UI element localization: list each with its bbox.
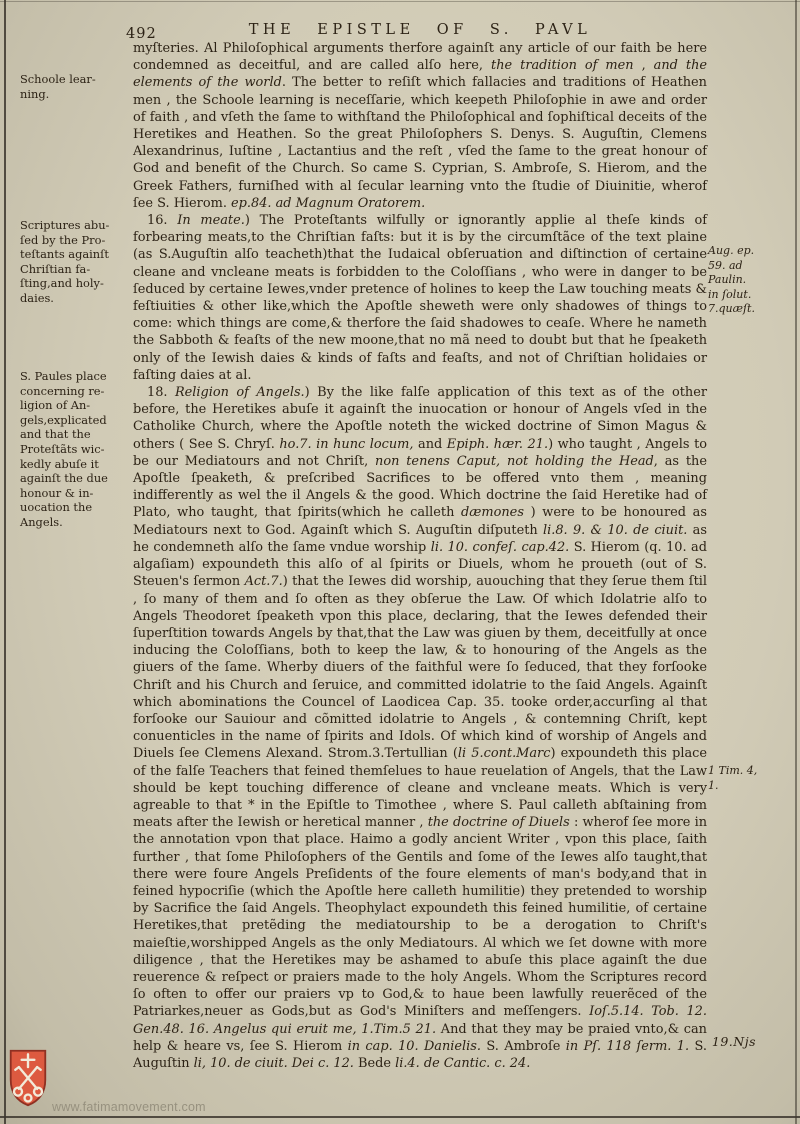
margin-note-augustine-citation: Aug. ep. 59. ad Paulin. in ſolut. 7.quæſ… [708, 244, 796, 317]
running-title: THE EPISTLE OF S. PAVL [133, 22, 707, 38]
scan-edge-top [0, 1, 800, 2]
margin-note-timothy-citation: 1 Tim. 4, 1. [708, 764, 796, 793]
paragraph-annotation-16: 16. In meate.) The Proteſtants wilfully … [133, 212, 707, 384]
annotations-body: myſteries. Al Philoſophical arguments th… [133, 40, 707, 1072]
fatimamovement-watermark: www.fatimamovement.com [8, 1048, 268, 1118]
margin-note-schoole-learning: Schoole lear- ning. [20, 72, 132, 101]
book-page-scan: 492 THE EPISTLE OF S. PAVL Schoole lear-… [0, 0, 800, 1124]
margin-note-scriptures-abused: Scriptures abu- ſed by the Pro- teſtants… [20, 218, 132, 306]
crest-shield-crossed-keys-icon [8, 1048, 48, 1108]
scan-edge-right [795, 0, 797, 1124]
watermark-url[interactable]: www.fatimamovement.com [52, 1100, 206, 1114]
paragraph-annotation-18: 18. Religion of Angels.) By the like fal… [133, 384, 707, 1072]
scan-edge-left [4, 0, 6, 1124]
margin-note-s-paules-place: S. Paules place concerning re- ligion of… [20, 369, 132, 530]
paragraph-continuation: myſteries. Al Philoſophical arguments th… [133, 40, 707, 212]
catchword-signature: 19.Njs [712, 1034, 756, 1049]
